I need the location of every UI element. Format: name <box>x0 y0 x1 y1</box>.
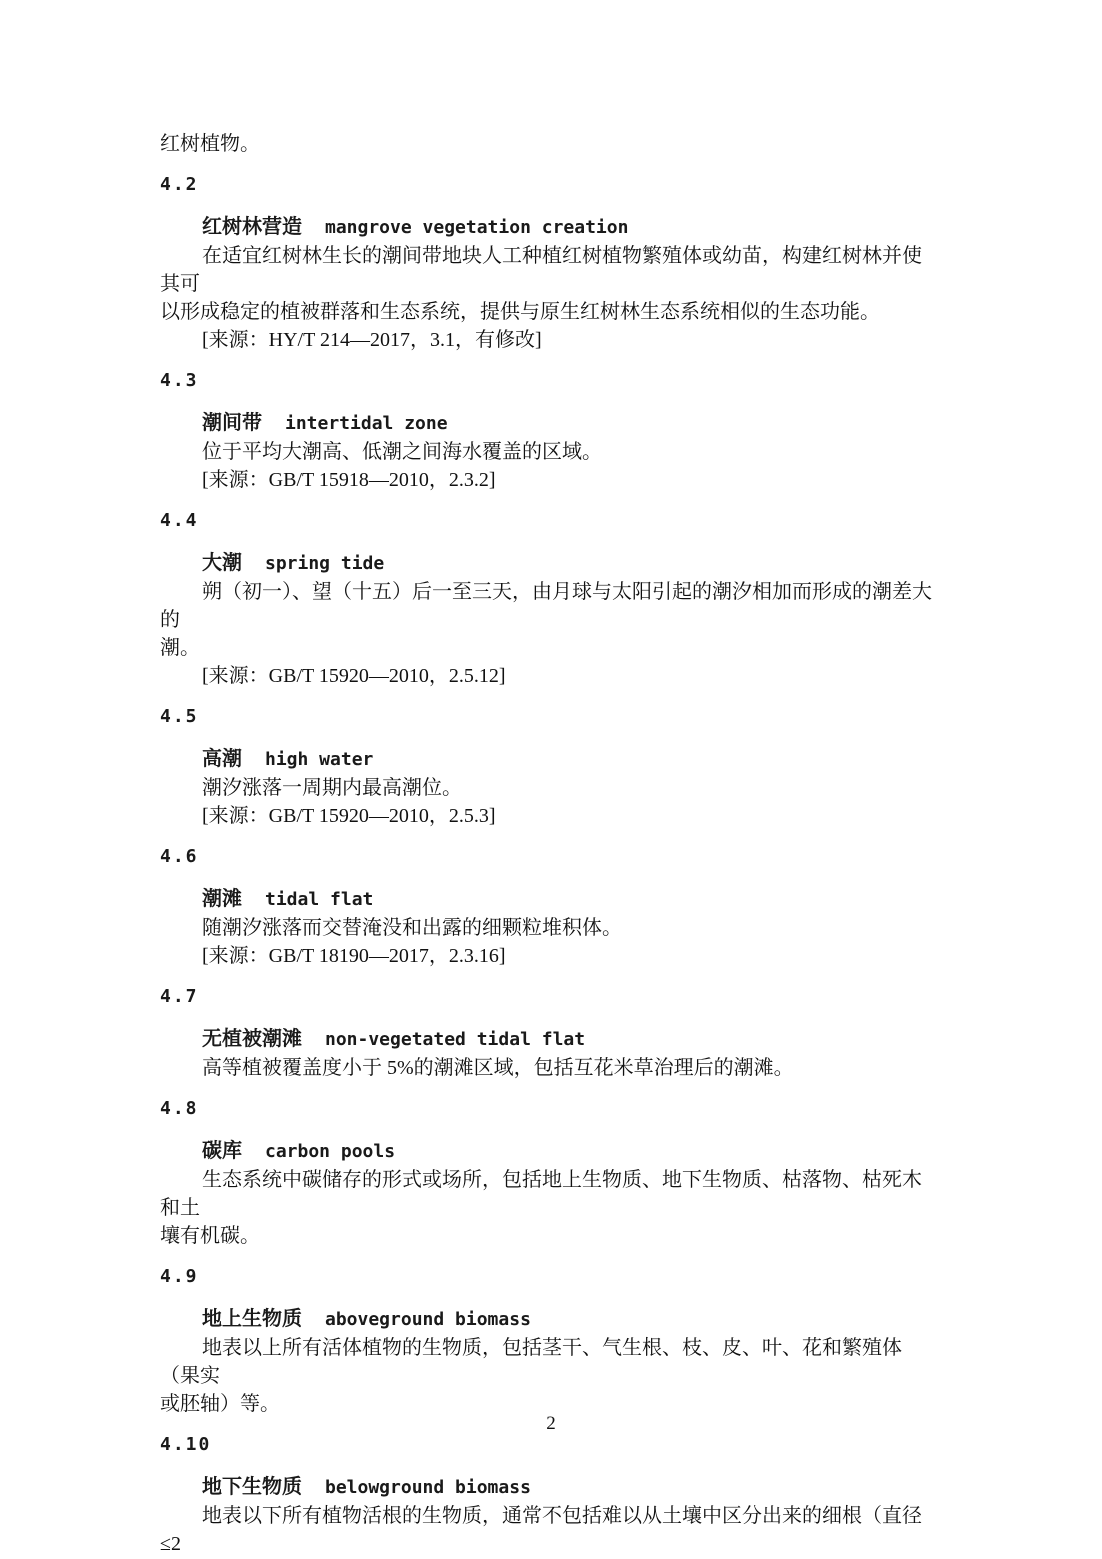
term-zh: 地下生物质 <box>202 1474 302 1498</box>
term-zh: 大潮 <box>202 550 242 574</box>
term-en: non-vegetated tidal flat <box>325 1029 585 1050</box>
definition-line: 在适宜红树林生长的潮间带地块人工种植红树植物繁殖体或幼苗，构建红树林并使其可 <box>160 242 940 298</box>
term-line: 碳库 carbon pools <box>160 1136 940 1166</box>
term-en: spring tide <box>265 553 384 574</box>
section-number: 4.7 <box>160 983 940 1011</box>
definition-line: 朔（初一）、望（十五）后一至三天，由月球与太阳引起的潮汐相加而形成的潮差大的 <box>160 578 940 634</box>
section-number: 4.9 <box>160 1263 940 1291</box>
source-reference: [来源：GB/T 18190—2017，2.3.16] <box>160 942 940 970</box>
term-en: high water <box>265 749 373 770</box>
definition-line: 以形成稳定的植被群落和生态系统，提供与原生红树林生态系统相似的生态功能。 <box>160 298 940 326</box>
section-number: 4.4 <box>160 507 940 535</box>
term-en: tidal flat <box>265 889 373 910</box>
source-reference: [来源：GB/T 15918—2010，2.3.2] <box>160 466 940 494</box>
source-reference: [来源：GB/T 15920—2010，2.5.3] <box>160 802 940 830</box>
definition-line: 高等植被覆盖度小于 5%的潮滩区域，包括互花米草治理后的潮滩。 <box>160 1054 940 1082</box>
term-line: 红树林营造 mangrove vegetation creation <box>160 212 940 242</box>
term-line: 地下生物质 belowground biomass <box>160 1472 940 1502</box>
term-line: 无植被潮滩 non-vegetated tidal flat <box>160 1024 940 1054</box>
section-4-4: 4.4 大潮 spring tide 朔（初一）、望（十五）后一至三天，由月球与… <box>160 507 940 690</box>
term-zh: 高潮 <box>202 746 242 770</box>
term-zh: 无植被潮滩 <box>202 1026 302 1050</box>
page-content: 红树植物。 4.2 红树林营造 mangrove vegetation crea… <box>160 130 940 1558</box>
definition-line: 位于平均大潮高、低潮之间海水覆盖的区域。 <box>160 438 940 466</box>
term-line: 大潮 spring tide <box>160 548 940 578</box>
section-4-8: 4.8 碳库 carbon pools 生态系统中碳储存的形式或场所，包括地上生… <box>160 1095 940 1250</box>
document-page: 红树植物。 4.2 红树林营造 mangrove vegetation crea… <box>0 0 1102 1559</box>
section-number: 4.2 <box>160 171 940 199</box>
definition-line: 潮汐涨落一周期内最高潮位。 <box>160 774 940 802</box>
paragraph-continuation: 红树植物。 <box>160 130 940 158</box>
term-en: carbon pools <box>265 1141 395 1162</box>
definition-line: 生态系统中碳储存的形式或场所，包括地上生物质、地下生物质、枯落物、枯死木和土 <box>160 1166 940 1222</box>
definition-line: 地表以上所有活体植物的生物质，包括茎干、气生根、枝、皮、叶、花和繁殖体（果实 <box>160 1334 940 1390</box>
section-4-2: 4.2 红树林营造 mangrove vegetation creation 在… <box>160 171 940 354</box>
section-number: 4.8 <box>160 1095 940 1123</box>
term-zh: 潮间带 <box>202 410 262 434</box>
term-en: aboveground biomass <box>325 1309 531 1330</box>
term-line: 潮滩 tidal flat <box>160 884 940 914</box>
term-en: mangrove vegetation creation <box>325 217 628 238</box>
term-line: 潮间带 intertidal zone <box>160 408 940 438</box>
definition-line: 潮。 <box>160 634 940 662</box>
section-4-9: 4.9 地上生物质 aboveground biomass 地表以上所有活体植物… <box>160 1263 940 1418</box>
term-line: 高潮 high water <box>160 744 940 774</box>
source-reference: [来源：GB/T 15920—2010，2.5.12] <box>160 662 940 690</box>
section-4-3: 4.3 潮间带 intertidal zone 位于平均大潮高、低潮之间海水覆盖… <box>160 367 940 494</box>
section-number: 4.6 <box>160 843 940 871</box>
term-en: intertidal zone <box>285 413 448 434</box>
term-en: belowground biomass <box>325 1477 531 1498</box>
page-number: 2 <box>0 1410 1102 1438</box>
source-reference: [来源：HY/T 214—2017，3.1，有修改] <box>160 326 940 354</box>
section-number: 4.3 <box>160 367 940 395</box>
term-zh: 潮滩 <box>202 886 242 910</box>
definition-line: 随潮汐涨落而交替淹没和出露的细颗粒堆积体。 <box>160 914 940 942</box>
term-line: 地上生物质 aboveground biomass <box>160 1304 940 1334</box>
definition-line: 地表以下所有植物活根的生物质，通常不包括难以从土壤中区分出来的细根（直径≤2 <box>160 1502 940 1558</box>
section-4-5: 4.5 高潮 high water 潮汐涨落一周期内最高潮位。 [来源：GB/T… <box>160 703 940 830</box>
section-4-6: 4.6 潮滩 tidal flat 随潮汐涨落而交替淹没和出露的细颗粒堆积体。 … <box>160 843 940 970</box>
definition-line: 壤有机碳。 <box>160 1222 940 1250</box>
section-4-7: 4.7 无植被潮滩 non-vegetated tidal flat 高等植被覆… <box>160 983 940 1082</box>
section-4-10: 4.10 地下生物质 belowground biomass 地表以下所有植物活… <box>160 1431 940 1558</box>
term-zh: 地上生物质 <box>202 1306 302 1330</box>
term-zh: 碳库 <box>202 1138 242 1162</box>
term-zh: 红树林营造 <box>202 214 302 238</box>
section-number: 4.5 <box>160 703 940 731</box>
